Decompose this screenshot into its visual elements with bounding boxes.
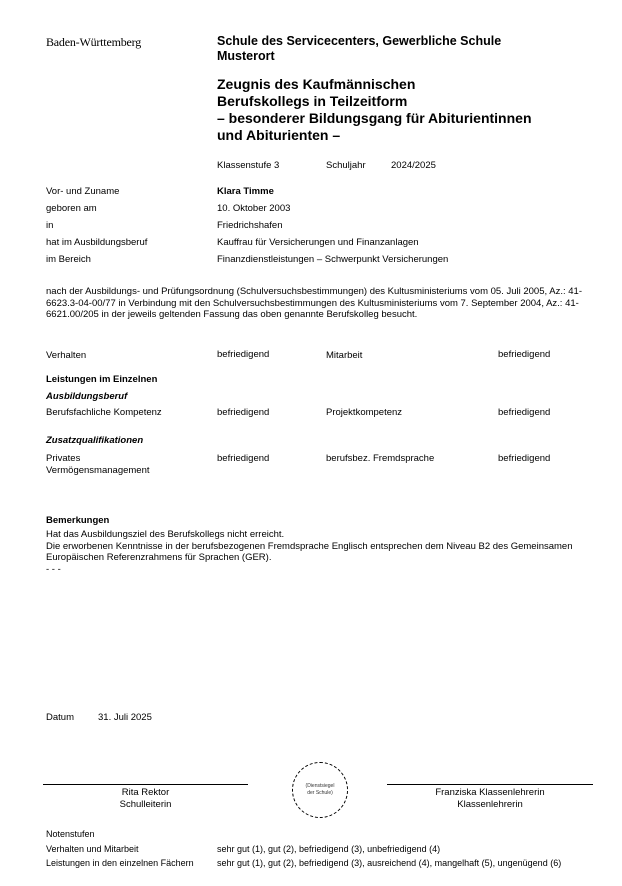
name-label: Vor- und Zuname bbox=[46, 186, 119, 197]
verhalten-grade: befriedigend bbox=[217, 349, 269, 360]
teacher-name: Franziska Klassenlehrerin bbox=[387, 787, 593, 799]
remarks-text: Hat das Ausbildungsziel des Berufskolleg… bbox=[46, 529, 591, 575]
seal-text-line1: (Dienstsiegel bbox=[306, 783, 335, 790]
area-label: im Bereich bbox=[46, 254, 91, 265]
verhalten-label: Verhalten bbox=[46, 350, 86, 361]
signature-teacher: Franziska Klassenlehrerin Klassenlehreri… bbox=[387, 787, 593, 811]
grade-scale-heading: Notenstufen bbox=[46, 829, 95, 839]
document-title: Zeugnis des Kaufmännischen Berufskollegs… bbox=[217, 76, 607, 144]
school-name-line2: Musterort bbox=[217, 49, 547, 64]
remark-line: Hat das Ausbildungsziel des Berufskolleg… bbox=[46, 529, 591, 541]
subject-grade: befriedigend bbox=[217, 453, 269, 464]
remark-line: Die erworbenen Kenntnisse in der berufsb… bbox=[46, 541, 591, 564]
area-value: Finanzdienstleistungen – Schwerpunkt Ver… bbox=[217, 254, 448, 265]
birthdate-label: geboren am bbox=[46, 203, 97, 214]
performance-heading: Leistungen im Einzelnen bbox=[46, 374, 157, 385]
title-line: Berufskollegs in Teilzeitform bbox=[217, 93, 607, 110]
section-ausbildungsberuf: Ausbildungsberuf bbox=[46, 391, 127, 402]
section-zusatzqualifikationen: Zusatzqualifikationen bbox=[46, 435, 143, 446]
title-line: und Abiturienten – bbox=[217, 127, 607, 144]
school-name: Schule des Servicecenters, Gewerbliche S… bbox=[217, 34, 547, 64]
subject-name: Berufsfachliche Kompetenz bbox=[46, 407, 162, 418]
grade-scale-value: sehr gut (1), gut (2), befriedigend (3),… bbox=[217, 858, 561, 868]
subject-name: Projektkompetenz bbox=[326, 407, 402, 418]
schuljahr-label: Schuljahr bbox=[326, 160, 366, 171]
signature-line-teacher bbox=[387, 784, 593, 785]
subject-grade: befriedigend bbox=[498, 407, 550, 418]
state-name: Baden-Württemberg bbox=[46, 35, 141, 50]
seal-text-line2: der Schule) bbox=[306, 790, 335, 797]
name-value: Klara Timme bbox=[217, 186, 274, 197]
profession-label: hat im Ausbildungsberuf bbox=[46, 237, 147, 248]
subject-grade: befriedigend bbox=[217, 407, 269, 418]
subject-name-line1: Privates bbox=[46, 453, 150, 465]
mitarbeit-grade: befriedigend bbox=[498, 349, 550, 360]
title-line: – besonderer Bildungsgang für Abiturient… bbox=[217, 110, 607, 127]
date-value: 31. Juli 2025 bbox=[98, 712, 152, 723]
date-label: Datum bbox=[46, 712, 74, 723]
schuljahr-value: 2024/2025 bbox=[391, 160, 436, 171]
remark-line: - - - bbox=[46, 564, 591, 576]
grade-scale-label: Verhalten und Mitarbeit bbox=[46, 844, 139, 854]
signature-line-principal bbox=[43, 784, 248, 785]
school-name-line1: Schule des Servicecenters, Gewerbliche S… bbox=[217, 34, 547, 49]
teacher-role: Klassenlehrerin bbox=[387, 799, 593, 811]
klassenstufe-value: 3 bbox=[274, 160, 279, 171]
principal-name: Rita Rektor bbox=[43, 787, 248, 799]
signature-principal: Rita Rektor Schulleiterin bbox=[43, 787, 248, 811]
remarks-heading: Bemerkungen bbox=[46, 515, 109, 526]
official-seal-placeholder: (Dienstsiegel der Schule) bbox=[292, 762, 348, 818]
birthplace-label: in bbox=[46, 220, 53, 231]
grade-scale-label: Leistungen in den einzelnen Fächern bbox=[46, 858, 194, 868]
subject-name-line2: Vermögensmanagement bbox=[46, 465, 150, 477]
subject-name: Privates Vermögensmanagement bbox=[46, 453, 150, 476]
principal-role: Schulleiterin bbox=[43, 799, 248, 811]
grade-scale-value: sehr gut (1), gut (2), befriedigend (3),… bbox=[217, 844, 440, 854]
birthdate-value: 10. Oktober 2003 bbox=[217, 203, 290, 214]
klassenstufe-label: Klassenstufe bbox=[217, 160, 271, 171]
legal-text: nach der Ausbildungs- und Prüfungsordnun… bbox=[46, 286, 586, 321]
title-line: Zeugnis des Kaufmännischen bbox=[217, 76, 607, 93]
subject-name: berufsbez. Fremdsprache bbox=[326, 453, 434, 464]
mitarbeit-label: Mitarbeit bbox=[326, 350, 362, 361]
birthplace-value: Friedrichshafen bbox=[217, 220, 282, 231]
subject-grade: befriedigend bbox=[498, 453, 550, 464]
profession-value: Kauffrau für Versicherungen und Finanzan… bbox=[217, 237, 419, 248]
